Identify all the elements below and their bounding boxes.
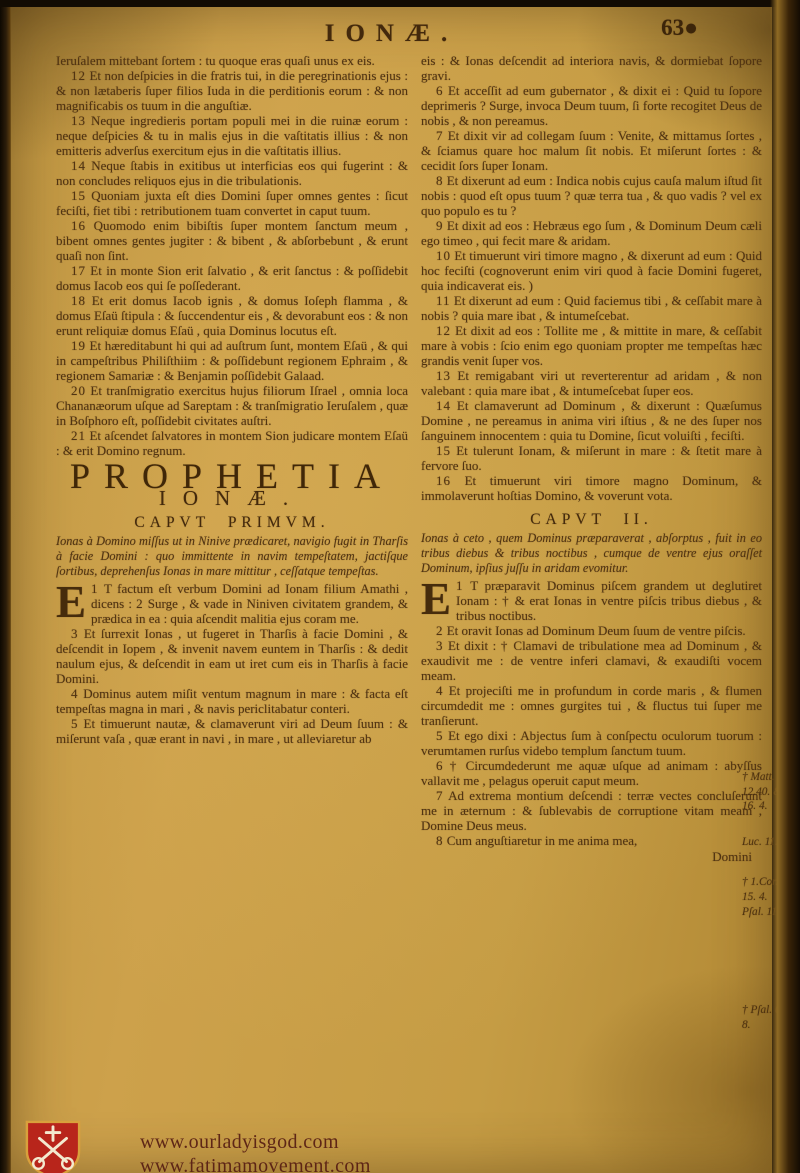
- verse-paragraph: 7 Et dixit vir ad collegam ſuum : Venite…: [421, 128, 762, 173]
- verse-number: 2: [136, 596, 144, 611]
- chapter1-verses-left: 3 Et ſurrexit Ionas , ut fugeret in Thar…: [56, 626, 408, 746]
- left-column: Ieruſalem mittebant ſortem : tu quoque e…: [56, 53, 408, 864]
- book-scan-photo: IONÆ. 63● Ieruſalem mittebant ſortem : t…: [0, 0, 800, 1173]
- verse-number: 21: [71, 428, 86, 443]
- verse-paragraph: 12 Et dixit ad eos : Tollite me , & mitt…: [421, 323, 762, 368]
- right-column: eis : & Ionas deſcendit ad interiora nav…: [421, 53, 762, 864]
- verse-paragraph: 14 Et clamaverunt ad Dominum , & dixerun…: [421, 398, 762, 443]
- verse-number: 4: [436, 683, 444, 698]
- verse-paragraph: 15 Et tulerunt Ionam, & miſerunt in mare…: [421, 443, 762, 473]
- chapter2-argument: Ionas à ceto , quem Dominus præparaverat…: [421, 531, 762, 575]
- chapter2-verses: 2 Et oravit Ionas ad Dominum Deum ſuum d…: [421, 623, 762, 848]
- book-title-block: PROPHETIA IONÆ.: [56, 469, 408, 506]
- verse-paragraph: 19 Et hæreditabunt hi qui ad auſtrum ſun…: [56, 338, 408, 383]
- running-title: IONÆ.: [11, 7, 772, 48]
- verse-number: 11: [436, 293, 451, 308]
- chapter1-argument: Ionas à Domino miſſus ut in Ninive prædi…: [56, 534, 408, 578]
- verse-number: 8: [436, 173, 444, 188]
- verse-number: 18: [71, 293, 86, 308]
- chapter2-verse-1: 1 ET præparavit Dominus piſcem grandem u…: [421, 578, 762, 623]
- verse-number: 9: [436, 218, 444, 233]
- chapter1-verses-right: 6 Et acceſſit ad eum gubernator , & dixi…: [421, 83, 762, 503]
- verse-number: 8: [436, 833, 444, 848]
- verse-paragraph: 7 Ad extrema montium deſcendi : terræ ve…: [421, 788, 762, 833]
- chapter2-heading: CAPVT II.: [421, 512, 762, 527]
- verse-paragraph: 20 Et tranſmigratio exercitus hujus fili…: [56, 383, 408, 428]
- chapter1-heading: CAPVT PRIMVM.: [56, 515, 408, 530]
- verse-paragraph: 16 Et timuerunt viri timore magno Dominu…: [421, 473, 762, 503]
- verse-number: 6: [436, 83, 444, 98]
- book-title-prophetia: PROPHETIA: [56, 469, 408, 484]
- verse-number: 15: [436, 443, 451, 458]
- verse-paragraph: 10 Et timuerunt viri timore magno , & di…: [421, 248, 762, 293]
- verse-paragraph: 21 Et aſcendet ſalvatores in montem Sion…: [56, 428, 408, 458]
- verse-paragraph: 8 Cum anguſtiaretur in me anima mea,: [421, 833, 762, 848]
- verse-paragraph: 15 Quoniam juxta eſt dies Domini ſuper o…: [56, 188, 408, 218]
- verse-number: 16: [71, 218, 86, 233]
- verse-number: 19: [71, 338, 86, 353]
- verse-number: 16: [436, 473, 451, 488]
- verse-number: 10: [436, 248, 451, 263]
- verse-paragraph: 4 Dominus autem miſit ventum magnum in m…: [56, 686, 408, 716]
- watermark-url-fatimamovement: www.fatimamovement.com: [140, 1155, 371, 1173]
- verse-paragraph: 16 Quomodo enim bibiſtis ſuper montem ſa…: [56, 218, 408, 263]
- verse-paragraph: 6 † Circumdederunt me aquæ uſque ad anim…: [421, 758, 762, 788]
- book-edge-right: [770, 0, 800, 1173]
- verse-paragraph: 3 Et ſurrexit Ionas , ut fugeret in Thar…: [56, 626, 408, 686]
- verse-paragraph: 14 Neque ſtabis in exitibus ut interfici…: [56, 158, 408, 188]
- verse-number: 1: [91, 581, 99, 596]
- verse-paragraph: 5 Et ego dixi : Abjectus ſum à conſpectu…: [421, 728, 762, 758]
- verse-paragraph: 9 Et dixit ad eos : Hebræus ego ſum , & …: [421, 218, 762, 248]
- verse-number: 2: [436, 623, 444, 638]
- verse-paragraph: 13 Neque ingredieris portam populi mei i…: [56, 113, 408, 158]
- verse-number: 1: [456, 578, 464, 593]
- verse-text: T præparavit Dominus piſcem grandem ut d…: [456, 578, 762, 623]
- verse-number: 7: [436, 128, 444, 143]
- book-edge-left: [0, 0, 11, 1173]
- dropcap-initial-E: E: [56, 581, 91, 621]
- dropcap-initial-E: E: [421, 578, 456, 618]
- verse-number: 3: [71, 626, 79, 641]
- verse-paragraph: 13 Et remigabant viri ut reverterentur a…: [421, 368, 762, 398]
- verse-paragraph: 5 Et timuerunt nautæ, & clamaverunt viri…: [56, 716, 408, 746]
- verse-number: 6: [436, 758, 444, 773]
- verse-paragraph: 3 Et dixit : † Clamavi de tribulatione m…: [421, 638, 762, 683]
- verse-number: 5: [436, 728, 444, 743]
- two-column-text: Ieruſalem mittebant ſortem : tu quoque e…: [11, 53, 772, 864]
- verse-paragraph: 4 Et projeciſti me in profundum in corde…: [421, 683, 762, 728]
- verse-paragraph: 18 Et erit domus Iacob ignis , & domus I…: [56, 293, 408, 338]
- book-edge-top: [0, 0, 800, 7]
- catchword: Domini: [421, 849, 762, 864]
- verse-paragraph: 6 Et acceſſit ad eum gubernator , & dixi…: [421, 83, 762, 128]
- continuation-paragraph: Ieruſalem mittebant ſortem : tu quoque e…: [56, 53, 408, 68]
- chapter1-verse-1-2: 1 ET factum eſt verbum Domini ad Ionam f…: [56, 581, 408, 626]
- verse-number: 14: [71, 158, 86, 173]
- verse-paragraph: 2 Et oravit Ionas ad Dominum Deum ſuum d…: [421, 623, 762, 638]
- verse-number: 13: [71, 113, 86, 128]
- verse-number: 17: [71, 263, 86, 278]
- verse-number: 7: [436, 788, 444, 803]
- papal-keys-shield-icon: [24, 1120, 82, 1173]
- verse-number: 4: [71, 686, 79, 701]
- abdias-verses: 12 Et non deſpicies in die fratris tui, …: [56, 68, 408, 458]
- verse-number: 3: [436, 638, 444, 653]
- book-page: IONÆ. 63● Ieruſalem mittebant ſortem : t…: [11, 7, 772, 1173]
- verse-paragraph: 8 Et dixerunt ad eum : Indica nobis cuju…: [421, 173, 762, 218]
- page-number: 63●: [661, 15, 698, 41]
- verse-paragraph: 11 Et dixerunt ad eum : Quid faciemus ti…: [421, 293, 762, 323]
- verse-number: 13: [436, 368, 451, 383]
- continuation-paragraph: eis : & Ionas deſcendit ad interiora nav…: [421, 53, 762, 83]
- verse-number: 14: [436, 398, 451, 413]
- verse-number: 5: [71, 716, 79, 731]
- verse-paragraph: 12 Et non deſpicies in die fratris tui, …: [56, 68, 408, 113]
- running-header: IONÆ. 63●: [11, 7, 772, 53]
- verse-number: 15: [71, 188, 86, 203]
- verse-paragraph: 17 Et in monte Sion erit ſalvatio , & er…: [56, 263, 408, 293]
- verse-number: 20: [71, 383, 86, 398]
- watermark-url-ourladyisgod: www.ourladyisgod.com: [140, 1131, 339, 1154]
- verse-number: 12: [71, 68, 86, 83]
- verse-number: 12: [436, 323, 451, 338]
